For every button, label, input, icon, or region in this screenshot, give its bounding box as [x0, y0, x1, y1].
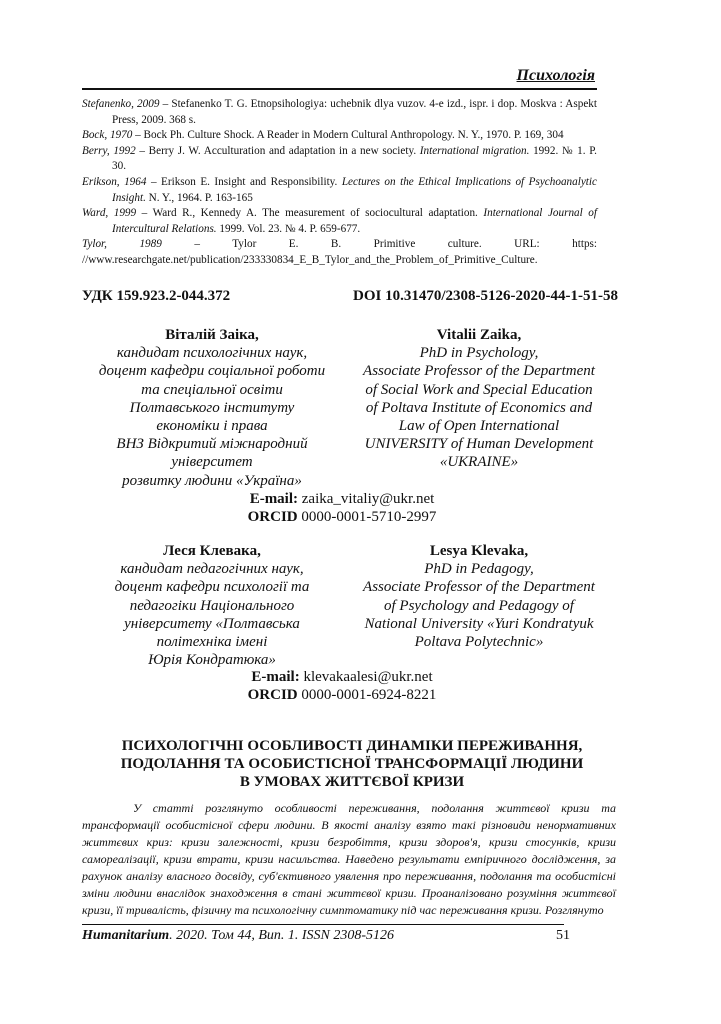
affiliation-line: of Poltava Institute of Economics and — [348, 399, 610, 417]
orcid-id: 0000-0001-6924-8221 — [301, 687, 436, 703]
affiliation-line: PhD in Psychology, — [348, 344, 610, 362]
reference-text: Erikson E. Insight and Responsibility. — [161, 176, 342, 188]
author-affiliation: PhD in Psychology, Associate Professor o… — [348, 344, 610, 471]
reference-text: Bock Ph. Culture Shock. A Reader in Mode… — [144, 129, 564, 141]
title-line: ПСИХОЛОГІЧНІ ОСОБЛИВОСТІ ДИНАМІКИ ПЕРЕЖИ… — [82, 737, 622, 755]
author-affiliation: PhD in Pedagogy, Associate Professor of … — [348, 560, 610, 651]
reference-source: International migration. — [420, 145, 530, 157]
author-name: Леся Клевака, — [82, 542, 342, 560]
author-info-english: Lesya Klevaka, PhD in Pedagogy, Associat… — [348, 542, 610, 651]
orcid-label: ORCID — [248, 687, 298, 703]
author-name: Lesya Klevaka, — [348, 542, 610, 560]
author-contact: E-mail: klevakaalesi@ukr.net ORCID 0000-… — [82, 668, 602, 704]
affiliation-line: National University «Yuri Kondratyuk — [348, 615, 610, 633]
title-line: В УМОВАХ ЖИТТЄВОЇ КРИЗИ — [82, 773, 622, 791]
affiliation-line: економіки і права — [82, 417, 342, 435]
affiliation-line: та спеціальної освіти — [82, 381, 342, 399]
reference-url-link[interactable]: //www.researchgate.net/publication/23333… — [112, 253, 597, 269]
reference-dash: – — [132, 129, 143, 141]
affiliation-line: університет — [82, 453, 342, 471]
affiliation-line: університету «Полтавська — [82, 615, 342, 633]
reference-author: Stefanenko, 2009 — [82, 98, 159, 110]
email-label: E-mail: — [251, 669, 299, 685]
udk-code: УДК 159.923.2-044.372 — [82, 288, 230, 305]
reference-dash: – — [159, 98, 171, 110]
affiliation-line: доцент кафедри психології та — [82, 578, 342, 596]
author-info-ukrainian: Леся Клевака, кандидат педагогічних наук… — [82, 542, 342, 669]
orcid-line: ORCID 0000-0001-6924-8221 — [82, 686, 602, 704]
affiliation-line: Полтавського інституту — [82, 399, 342, 417]
affiliation-line: «UKRAINE» — [348, 453, 610, 471]
affiliation-line: Юрія Кондратюка» — [82, 651, 342, 669]
reference-dash: – — [162, 238, 232, 250]
section-title: Психологія — [517, 67, 595, 85]
affiliation-line: доцент кафедри соціальної роботи — [82, 362, 342, 380]
reference-item: Stefanenko, 2009 – Stefanenko T. G. Etno… — [82, 97, 597, 128]
author-name: Віталій Заіка, — [82, 326, 342, 344]
author-info-english: Vitalii Zaika, PhD in Psychology, Associ… — [348, 326, 610, 472]
reference-item: Erikson, 1964 – Erikson E. Insight and R… — [82, 175, 597, 206]
footer-divider — [82, 924, 564, 925]
journal-details: . 2020. Том 44, Вип. 1. ISSN 2308-5126 — [169, 928, 394, 943]
orcid-id: 0000-0001-5710-2997 — [301, 509, 436, 525]
reference-item: Berry, 1992 – Berry J. W. Acculturation … — [82, 144, 597, 175]
article-abstract: У статті розглянуто особливості пережива… — [82, 800, 616, 919]
affiliation-line: кандидат педагогічних наук, — [82, 560, 342, 578]
author-info-ukrainian: Віталій Заіка, кандидат психологічних на… — [82, 326, 342, 490]
reference-author: Ward, 1999 — [82, 207, 136, 219]
affiliation-line: Poltava Polytechnic» — [348, 633, 610, 651]
affiliation-line: of Social Work and Special Education — [348, 381, 610, 399]
page-number: 51 — [556, 928, 570, 944]
orcid-label: ORCID — [248, 509, 298, 525]
reference-text: Tylor E. B. Primitive culture. URL: http… — [232, 238, 597, 250]
affiliation-line: Law of Open International — [348, 417, 610, 435]
reference-author: Berry, 1992 — [82, 145, 136, 157]
affiliation-line: ВНЗ Відкритий міжнародний — [82, 435, 342, 453]
affiliation-line: PhD in Pedagogy, — [348, 560, 610, 578]
journal-page: Психологія Stefanenko, 2009 – Stefanenko… — [0, 0, 721, 1024]
affiliation-line: політехніка імені — [82, 633, 342, 651]
reference-details: 1999. Vol. 23. № 4. P. 659-677. — [217, 223, 361, 235]
affiliation-line: розвитку людини «Україна» — [82, 472, 342, 490]
email-line: E-mail: klevakaalesi@ukr.net — [82, 668, 602, 686]
reference-details: N. Y., 1964. P. 163-165 — [146, 192, 253, 204]
reference-item: Ward, 1999 – Ward R., Kennedy A. The mea… — [82, 206, 597, 237]
reference-text: Berry J. W. Acculturation and adaptation… — [149, 145, 420, 157]
journal-name: Humanitarium — [82, 928, 169, 943]
email-line: E-mail: zaika_vitaliy@ukr.net — [82, 490, 602, 508]
affiliation-line: UNIVERSITY of Human Development — [348, 435, 610, 453]
affiliation-line: of Psychology and Pedagogy of — [348, 597, 610, 615]
reference-text: Ward R., Kennedy A. The measurement of s… — [153, 207, 484, 219]
email-link[interactable]: zaika_vitaliy@ukr.net — [302, 491, 435, 507]
reference-item: Bock, 1970 – Bock Ph. Culture Shock. A R… — [82, 128, 597, 144]
affiliation-line: кандидат психологічних наук, — [82, 344, 342, 362]
footer-journal-info: Humanitarium. 2020. Том 44, Вип. 1. ISSN… — [82, 928, 394, 944]
affiliation-line: Associate Professor of the Department — [348, 578, 610, 596]
orcid-line: ORCID 0000-0001-5710-2997 — [82, 508, 602, 526]
reference-dash: – — [136, 145, 149, 157]
article-title: ПСИХОЛОГІЧНІ ОСОБЛИВОСТІ ДИНАМІКИ ПЕРЕЖИ… — [82, 737, 622, 792]
reference-list: Stefanenko, 2009 – Stefanenko T. G. Etno… — [82, 97, 597, 269]
reference-text: Stefanenko T. G. Etnopsihologiya: uchebn… — [112, 98, 597, 126]
reference-author: Tylor, 1989 — [82, 238, 162, 250]
reference-item: Tylor, 1989 – Tylor E. B. Primitive cult… — [82, 237, 597, 268]
running-header: Психологія — [82, 66, 597, 90]
affiliation-line: Associate Professor of the Department — [348, 362, 610, 380]
title-line: ПОДОЛАННЯ ТА ОСОБИСТІСНОЇ ТРАНСФОРМАЦІЇ … — [82, 755, 622, 773]
reference-dash: – — [136, 207, 152, 219]
author-contact: E-mail: zaika_vitaliy@ukr.net ORCID 0000… — [82, 490, 602, 526]
reference-author: Erikson, 1964 — [82, 176, 146, 188]
author-affiliation: кандидат педагогічних наук, доцент кафед… — [82, 560, 342, 669]
reference-author: Bock, 1970 — [82, 129, 132, 141]
author-name: Vitalii Zaika, — [348, 326, 610, 344]
email-link[interactable]: klevakaalesi@ukr.net — [303, 669, 432, 685]
email-label: E-mail: — [250, 491, 298, 507]
reference-dash: – — [146, 176, 161, 188]
affiliation-line: педагогіки Національного — [82, 597, 342, 615]
doi-code: DOI 10.31470/2308-5126-2020-44-1-51-58 — [353, 288, 618, 305]
author-affiliation: кандидат психологічних наук, доцент кафе… — [82, 344, 342, 490]
